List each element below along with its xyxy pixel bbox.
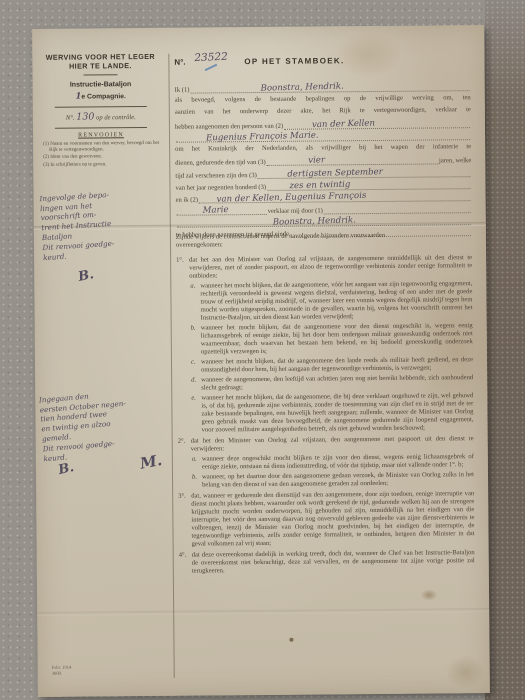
- stain: [421, 589, 437, 600]
- rule: [55, 106, 147, 108]
- condition-2a-label: a.: [192, 456, 197, 464]
- masthead: WERVING VOOR HET LEGER HIER TE LANDE. In…: [42, 52, 159, 170]
- column-divider-rule: [168, 54, 174, 678]
- condition-3-text: dat, wanneer er gedurende den diensttijd…: [191, 490, 474, 547]
- margin-note-upper: Ingevolge de bepa- lingen van het voorsc…: [39, 177, 170, 295]
- condition-4-number: 4°.: [179, 552, 187, 560]
- condition-1a: a. wanneer het mocht blijken, dat de aan…: [190, 280, 472, 322]
- company-line: 1e Compagnie.: [43, 91, 159, 102]
- condition-3-number: 3°.: [178, 493, 186, 501]
- conditions-intro-line2: overeengekomen:: [176, 239, 472, 250]
- renvooien-list: (1) Naam en voornamen van den werver, be…: [43, 141, 159, 169]
- blue-pencil-mark: [205, 64, 218, 71]
- margin-note-lower-paraph-right: M.: [140, 456, 163, 470]
- margin-note-lower-text: Ingegaan den eersten October negen- tien…: [39, 391, 126, 462]
- condition-1: 1°. dat het aan den Minister van Oorlog …: [176, 254, 474, 435]
- condition-1c-text: wanneer het mocht blijken, dat de aangen…: [201, 356, 473, 373]
- controle-number-handwritten: 130: [76, 111, 94, 122]
- renvooien-item-2: (2) Idem van den geworvene.: [43, 154, 159, 161]
- condition-1a-label: a.: [190, 283, 195, 291]
- imprint-date: Febr. 1914.: [52, 665, 73, 671]
- condition-1e-label: e.: [191, 395, 196, 403]
- condition-1c: c. wanneer het mocht blijken, dat de aan…: [191, 356, 473, 374]
- intro-row-voornamen: Eugenius François Marie.: [175, 128, 471, 143]
- photo-of-document: { "scene": { "background_color": "#96918…: [0, 0, 525, 700]
- rule: [55, 127, 147, 129]
- condition-1b-text: wanneer het mocht blijken, dat de aangen…: [201, 322, 473, 355]
- condition-1d-text: wanneer de aangenomene, den leeftijd van…: [201, 374, 473, 391]
- condition-2-text: dat het den Minister van Oorlog zal vrij…: [191, 435, 474, 452]
- margin-note-upper-paraph: B.: [78, 270, 95, 283]
- condition-1e-text: wanneer het mocht blijken, dat de aangen…: [201, 392, 473, 433]
- controle-prefix: N°.: [66, 115, 75, 122]
- print-imprint: Febr. 1914. 3000.: [52, 665, 73, 676]
- condition-3: 3°. dat, wanneer er gedurende den dienst…: [178, 490, 474, 549]
- conditions-intro: Zijnde wijders de contractanten nopens d…: [176, 231, 472, 250]
- geworvene-lastname-part-handwritten: Marie: [203, 205, 229, 216]
- condition-1-text: dat het aan den Minister van Oorlog zal …: [189, 254, 472, 279]
- margin-note-upper-text: Ingevolge de bepa- lingen van het voorsc…: [39, 190, 114, 262]
- condition-1b-label: b.: [191, 325, 196, 333]
- condition-4-text: dat deze overeenkomst dadelijk in werkin…: [192, 549, 475, 574]
- renvooien-item-1: (1) Naam en voornamen van den werver, be…: [43, 141, 159, 154]
- condition-1c-label: c.: [191, 359, 196, 367]
- ik-label: Ik (1): [175, 87, 190, 94]
- fold-crease-lower: [37, 608, 489, 616]
- condition-1d-label: d.: [191, 377, 196, 385]
- document-title: OP HET STAMBOEK.: [244, 56, 344, 66]
- controle-suffix: op de contrôle.: [96, 114, 136, 121]
- unit-name: Instructie-Bataljon: [43, 81, 159, 89]
- stamboek-number-label: N°.: [174, 58, 185, 67]
- condition-2a-text: wanneer deze ongeschikt mocht blijken te…: [202, 453, 474, 470]
- renvooien-item-3: (3) In schrijfletters op te geven.: [43, 161, 159, 168]
- condition-2: 2°. dat het den Minister van Oorlog zal …: [178, 435, 474, 490]
- dienst-jaren-handwritten: vier: [309, 156, 326, 166]
- stain: [446, 655, 486, 689]
- condition-2b-label: b.: [192, 474, 197, 482]
- condition-1b: b. wanneer het mocht blijken, dat de aan…: [191, 322, 473, 356]
- stamboek-number-handwritten: 23522: [194, 51, 228, 64]
- document-paper: WERVING VOOR HET LEGER HIER TE LANDE. In…: [32, 25, 490, 697]
- intro-block: Ik (1) Boonstra, Hendrik. als bevoegd, v…: [175, 79, 472, 239]
- conditions-list: 1°. dat het aan den Minister van Oorlog …: [176, 251, 475, 576]
- condition-1e: e. wanneer het mocht blijken, dat de aan…: [191, 392, 473, 434]
- margin-note-lower-paraph-left: B.: [58, 463, 75, 476]
- renvooien-heading: RENVOOIEN: [43, 132, 159, 139]
- recruitment-title-line2: HIER TE LANDE.: [42, 61, 158, 71]
- condition-2b: b. wanneer, op het daartoe door den aang…: [192, 471, 474, 489]
- imprint-quantity: 3000.: [52, 670, 73, 676]
- condition-2b-text: wanneer, op het daartoe door den aangeno…: [202, 471, 474, 488]
- intro-row-ik: Ik (1) Boonstra, Hendrik.: [175, 79, 471, 94]
- condition-1d: d. wanneer de aangenomene, den leeftijd …: [191, 374, 473, 392]
- werver-name-handwritten: Boonstra, Hendrik.: [260, 82, 343, 94]
- condition-2a: a. wanneer deze ongeschikt mocht blijken…: [192, 453, 474, 471]
- condition-1-number: 1°.: [176, 257, 184, 265]
- background-dark-band: [485, 0, 525, 700]
- stain-speck: [289, 638, 293, 642]
- condition-1a-text: wanneer het mocht blijken, dat de aangen…: [200, 280, 472, 321]
- controle-line: N°. 130 op de contrôle.: [43, 111, 159, 123]
- rule: [83, 74, 117, 75]
- margin-note-lower: Ingegaan den eersten October negen- tien…: [38, 375, 174, 486]
- document-header: N°. 23522 OP HET STAMBOEK.: [174, 52, 470, 75]
- condition-4: 4°. dat deze overeenkomst dadelijk in we…: [179, 549, 475, 576]
- company-label: e Compagnie.: [81, 93, 126, 100]
- condition-2-number: 2°.: [178, 438, 186, 446]
- geworvene-firstnames-handwritten: Eugenius François Marie.: [206, 130, 319, 143]
